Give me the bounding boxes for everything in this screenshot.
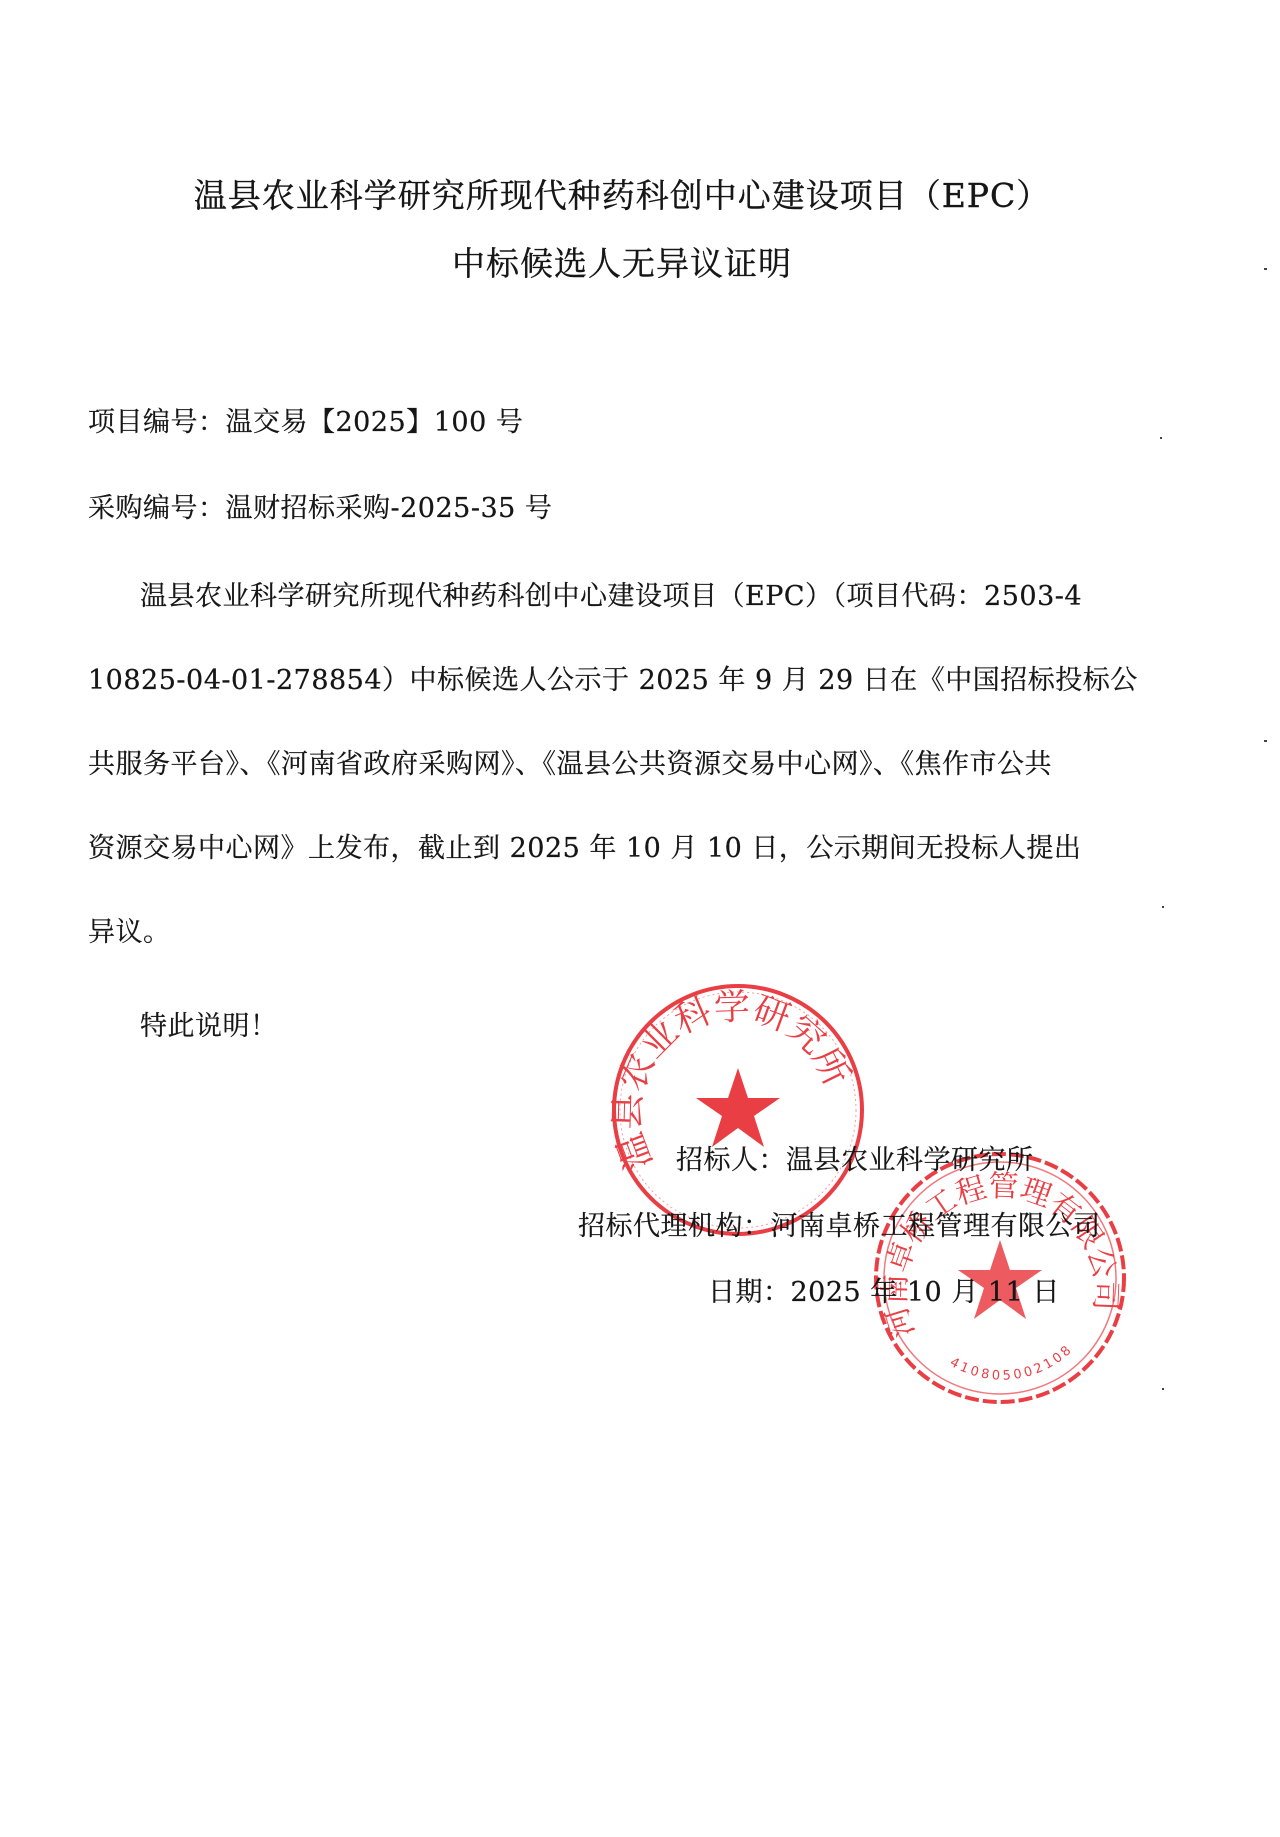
body-line: 10825-04-01-278854）中标候选人公示于 2025 年 9 月 2…: [88, 658, 1163, 697]
body-line: 异议。: [88, 910, 1163, 949]
scan-speck: [1162, 906, 1164, 908]
scan-speck: [1160, 437, 1162, 439]
signature-agent: 招标代理机构：河南卓桥工程管理有限公司: [578, 1204, 1101, 1243]
closing-statement: 特此说明！: [140, 1004, 278, 1043]
scan-speck: [1264, 268, 1267, 270]
scan-speck: [1162, 1388, 1164, 1390]
document-page: 温县农业科学研究所现代种药科创中心建设项目（EPC） 中标候选人无异议证明 项目…: [0, 0, 1280, 1837]
body-line: 共服务平台》、《河南省政府采购网》、《温县公共资源交易中心网》、《焦作市公共: [88, 742, 1163, 781]
institute-seal-stamp: 温县农业科学研究所: [608, 980, 868, 1240]
signature-date: 日期：2025 年 10 月 11 日: [708, 1270, 1060, 1309]
star-icon: [696, 1068, 780, 1147]
document-title-line-2: 中标候选人无异议证明: [0, 238, 1262, 285]
procurement-number: 采购编号：温财招标采购-2025-35 号: [88, 486, 552, 525]
body-line: 资源交易中心网》上发布，截止到 2025 年 10 月 10 日，公示期间无投标…: [88, 826, 1163, 865]
document-title-line-1: 温县农业科学研究所现代种药科创中心建设项目（EPC）: [0, 170, 1262, 217]
scan-speck: [1264, 740, 1267, 742]
body-line: 温县农业科学研究所现代种药科创中心建设项目（EPC）（项目代码：2503-4: [140, 574, 1215, 613]
signature-tenderer: 招标人：温县农业科学研究所: [676, 1138, 1034, 1177]
project-number: 项目编号：温交易【2025】100 号: [88, 400, 523, 439]
